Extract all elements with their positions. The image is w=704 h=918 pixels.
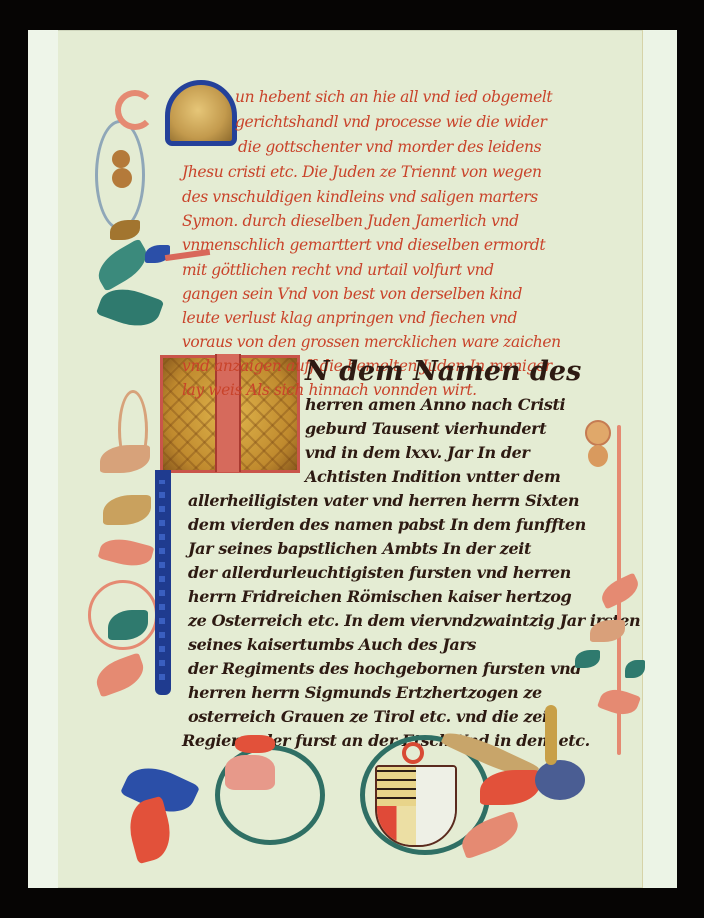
body-line: Achtisten Indition vntter dem (305, 467, 560, 486)
rubric-line: voraus von den grossen mercklichen ware … (182, 333, 561, 351)
body-line: dem vierden des namen pabst In dem funff… (188, 515, 586, 534)
right-margin (643, 30, 677, 888)
shield-quarter (377, 767, 416, 806)
body-line: herrn Fridreichen Römischen kaiser hertz… (188, 587, 571, 606)
body-line: geburd Tausent vierhundert (305, 419, 546, 438)
body-line: Jar seines bapstlichen Ambts In der zeit (188, 539, 531, 558)
coat-of-arms-crest (402, 742, 424, 764)
rubric-line: mit göttlichen recht vnd urtail volfurt … (182, 261, 494, 279)
margin-ruling (642, 30, 643, 888)
coat-of-arms-shield (375, 765, 457, 847)
rubric-line: gangen sein Vnd von best von derselben k… (182, 285, 522, 303)
blue-initial-bar (155, 470, 171, 695)
shield-quarter-eagle (416, 767, 455, 806)
left-margin (28, 30, 58, 888)
body-line: allerheiligisten vater vnd herren herrn … (188, 491, 579, 510)
rubric-line: Jhesu cristi etc. Die Juden ze Triennt v… (182, 163, 542, 181)
body-line: der Regiments des hochgebornen fursten v… (188, 659, 581, 678)
rubric-line: Symon. durch dieselben Juden Jamerlich v… (182, 212, 519, 230)
rubric-line: un hebent sich an hie all vnd ied obgeme… (235, 88, 552, 106)
rubric-line: des vnschuldigen kindleins vnd saligen m… (182, 188, 538, 206)
body-line: herren herrn Sigmunds Ertzhertzogen ze (188, 683, 542, 702)
body-line: ze Osterreich etc. In dem viervndzwaintz… (188, 611, 640, 630)
body-line: vnd in dem lxxv. Jar In der (305, 443, 529, 462)
rubric-line: die gottschenter vnd morder des leidens (238, 138, 541, 156)
body-heading: N dem Namen des (305, 356, 581, 387)
body-line: seines kaisertumbs Auch des Jars (188, 635, 476, 654)
illuminated-initial-n (165, 80, 237, 146)
body-line: der allerdurleuchtigisten fursten vnd he… (188, 563, 571, 582)
rubric-line: gerichtshandl vnd processe wie die wider (235, 113, 546, 131)
rubric-line: vnmenschlich gemarttert vnd dieselben er… (182, 236, 545, 254)
body-line: herren amen Anno nach Cristi (305, 395, 565, 414)
body-line: osterreich Grauen ze Tirol etc. vnd die … (188, 707, 555, 726)
rubric-line: leute verlust klag anpringen vnd fiechen… (182, 309, 517, 327)
